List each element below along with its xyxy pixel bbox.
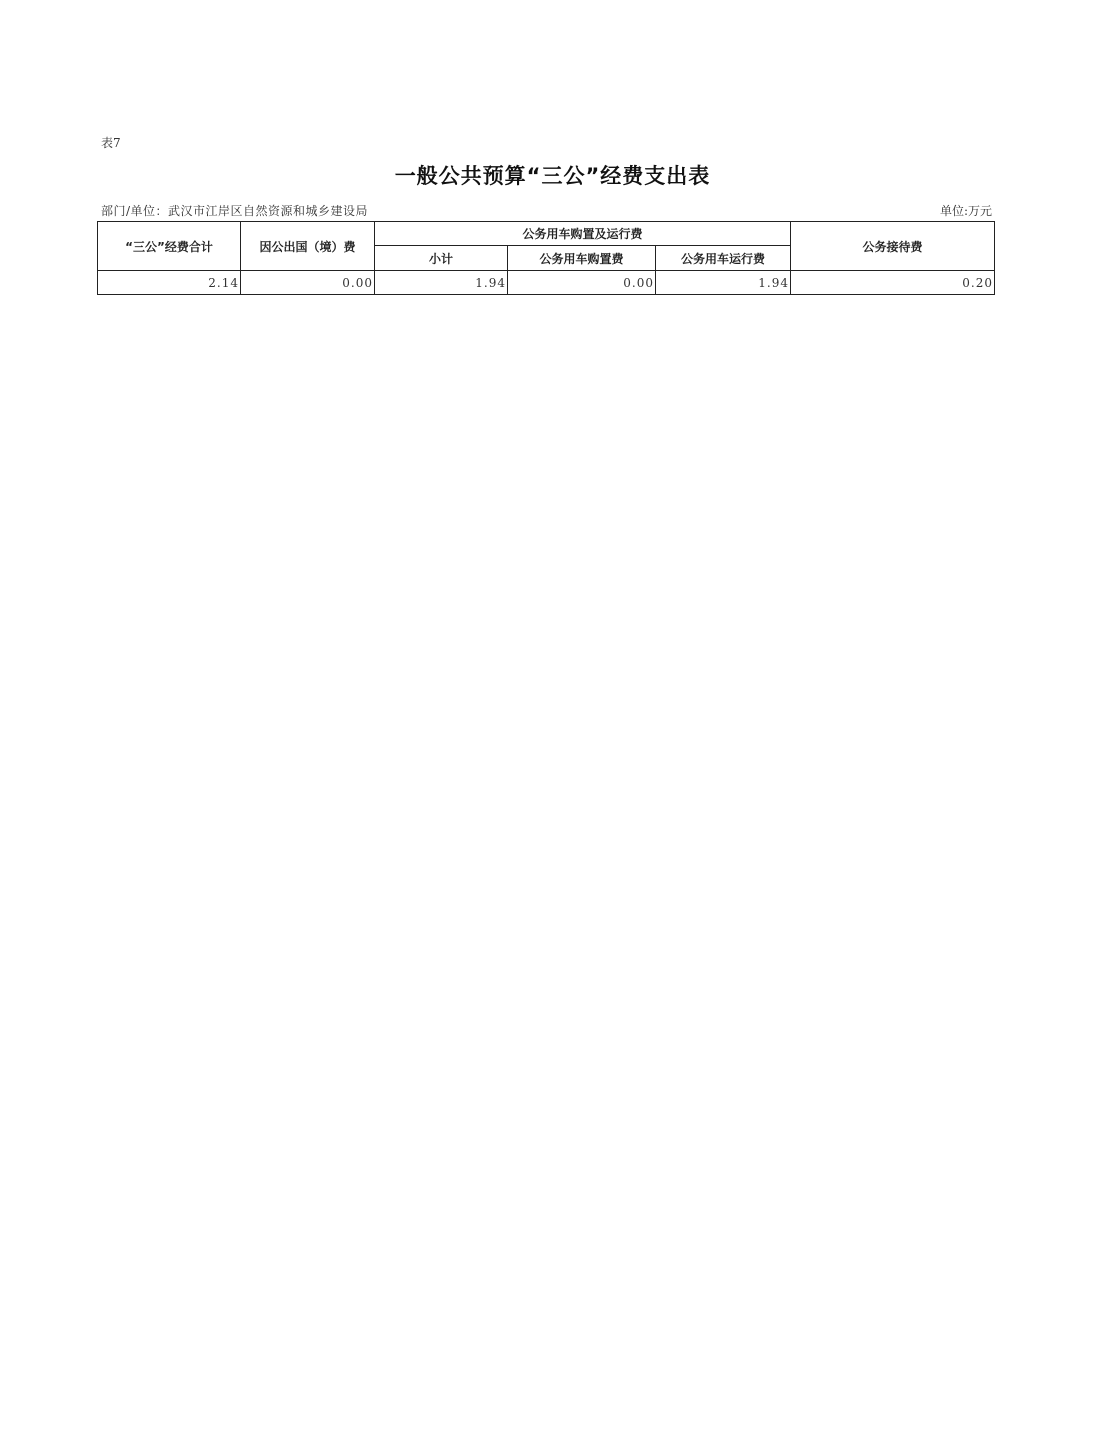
cell-vehicle-purchase: 0.00 bbox=[508, 271, 656, 295]
header-vehicle-purchase: 公务用车购置费 bbox=[508, 246, 656, 271]
cell-total: 2.14 bbox=[98, 271, 241, 295]
cell-vehicle-operation: 1.94 bbox=[656, 271, 791, 295]
unit-label: 单位:万元 bbox=[940, 202, 992, 219]
header-vehicle-group: 公务用车购置及运行费 bbox=[375, 222, 791, 246]
header-total: “三公”经费合计 bbox=[98, 222, 241, 271]
header-row-1: “三公”经费合计 因公出国（境）费 公务用车购置及运行费 公务接待费 bbox=[98, 222, 995, 246]
header-subtotal: 小计 bbox=[375, 246, 508, 271]
page-title: 一般公共预算“三公”经费支出表 bbox=[0, 160, 1105, 190]
table-number: 表7 bbox=[101, 134, 121, 151]
three-public-expenses-table: “三公”经费合计 因公出国（境）费 公务用车购置及运行费 公务接待费 小计 公务… bbox=[97, 221, 995, 295]
header-vehicle-operation: 公务用车运行费 bbox=[656, 246, 791, 271]
table-row: 2.14 0.00 1.94 0.00 1.94 0.20 bbox=[98, 271, 995, 295]
cell-subtotal: 1.94 bbox=[375, 271, 508, 295]
header-reception: 公务接待费 bbox=[791, 222, 995, 271]
cell-abroad: 0.00 bbox=[241, 271, 375, 295]
department-label: 部门/单位：武汉市江岸区自然资源和城乡建设局 bbox=[101, 202, 368, 219]
cell-reception: 0.20 bbox=[791, 271, 995, 295]
header-abroad: 因公出国（境）费 bbox=[241, 222, 375, 271]
